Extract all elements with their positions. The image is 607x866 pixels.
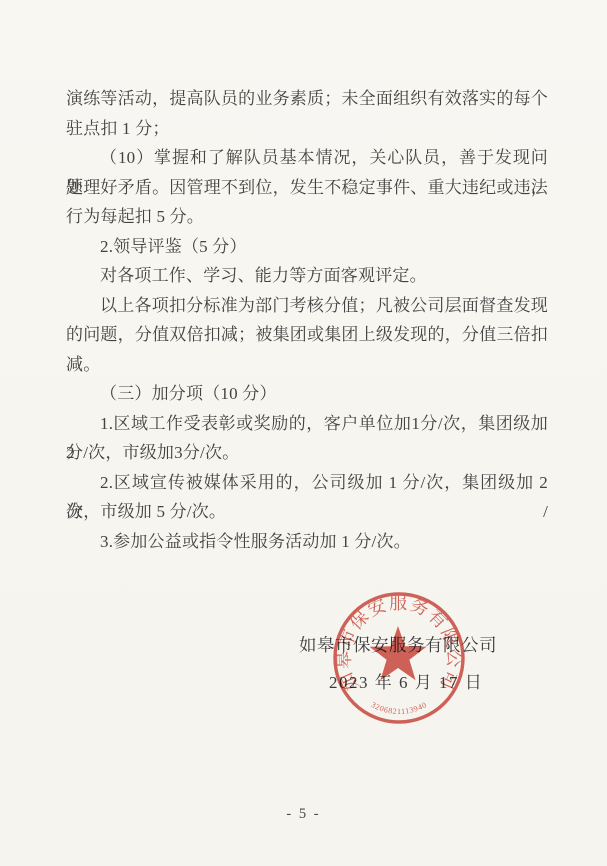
text-line: 减。 — [66, 350, 548, 380]
text-line: 行为每起扣 5 分。 — [66, 202, 548, 232]
text-line: 演练等活动，提高队员的业务素质；未全面组织有效落实的每个 — [66, 84, 548, 114]
text-line: 2.领导评鉴（5 分） — [66, 232, 548, 262]
text-line: 驻点扣 1 分； — [66, 114, 548, 144]
text-line: 1.区域工作受表彰或奖励的，客户单位加1分/次，集团级加2 — [66, 409, 548, 439]
text-line: 处理好矛盾。因管理不到位，发生不稳定事件、重大违纪或违法 — [66, 173, 548, 203]
document-body: 演练等活动，提高队员的业务素质；未全面组织有效落实的每个 驻点扣 1 分； （1… — [66, 84, 548, 556]
text-line: 3.参加公益或指令性服务活动加 1 分/次。 — [66, 527, 548, 557]
text-line: 2.区域宣传被媒体采用的，公司级加 1 分/次，集团级加 2 分/ — [66, 468, 548, 498]
seal-code: 3206821113940 — [370, 700, 429, 716]
seal-circle — [335, 594, 463, 722]
text-line: 对各项工作、学习、能力等方面客观评定。 — [66, 261, 548, 291]
text-line: 分/次，市级加3分/次。 — [66, 438, 548, 468]
signature-date: 2023 年 6 月 17 日 — [329, 668, 483, 693]
text-line: 的问题，分值双倍扣减；被集团或集团上级发现的，分值三倍扣 — [66, 320, 548, 350]
text-line: （10）掌握和了解队员基本情况，关心队员，善于发现问题， — [66, 143, 548, 173]
signature-company: 如皋市保安服务有限公司 — [299, 632, 497, 657]
page-number: - 5 - — [0, 806, 607, 823]
text-line: 以上各项扣分标准为部门考核分值；凡被公司层面督查发现 — [66, 291, 548, 321]
document-page: 演练等活动，提高队员的业务素质；未全面组织有效落实的每个 驻点扣 1 分； （1… — [0, 0, 607, 866]
text-line: （三）加分项（10 分） — [66, 379, 548, 409]
company-seal-stamp: 如皋市保安服务有限公司 3206821113940 — [325, 584, 473, 732]
